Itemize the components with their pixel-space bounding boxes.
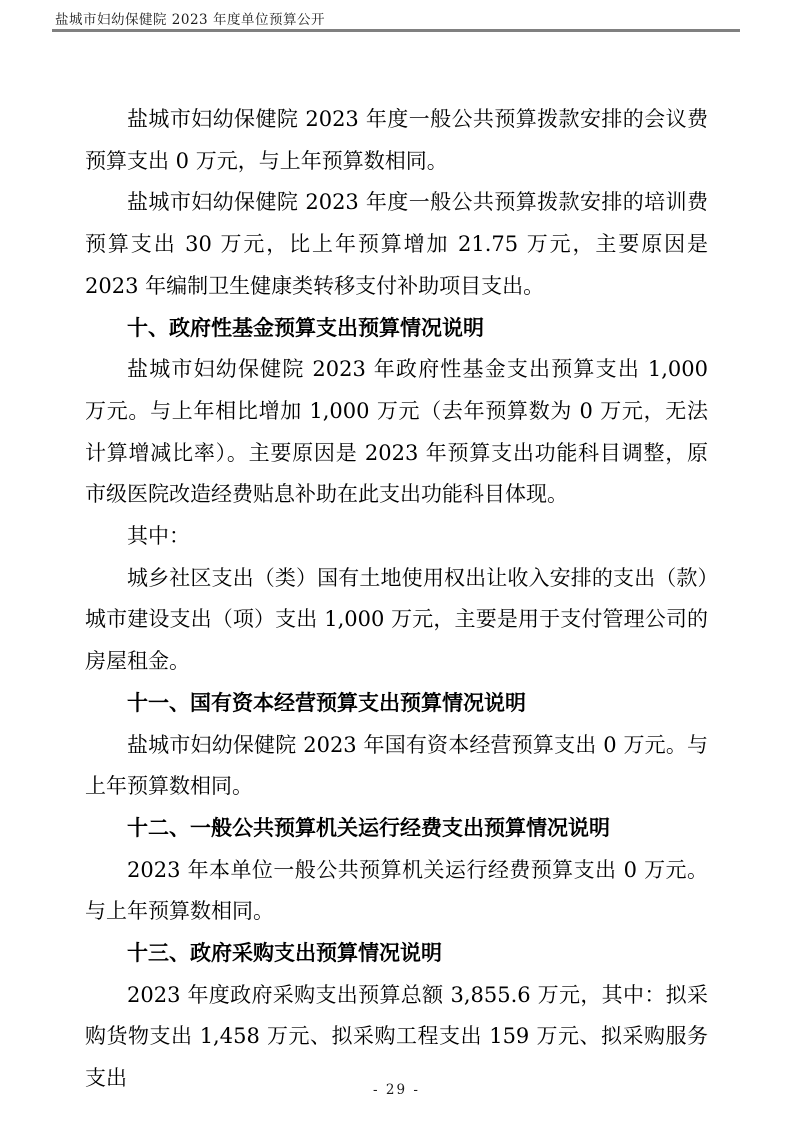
- section-heading-12: 十二、一般公共预算机关运行经费支出预算情况说明: [85, 808, 708, 850]
- page-number: - 29 -: [0, 1082, 793, 1098]
- paragraph-among-which: 其中：: [85, 516, 708, 558]
- header-rule-divider: [52, 29, 740, 32]
- paragraph-government-fund: 盐城市妇幼保健院 2023 年政府性基金支出预算支出 1,000 万元。与上年相…: [85, 349, 708, 516]
- section-heading-10: 十、政府性基金预算支出预算情况说明: [85, 308, 708, 350]
- paragraph-state-capital-budget: 盐城市妇幼保健院 2023 年国有资本经营预算支出 0 万元。与上年预算数相同。: [85, 725, 708, 808]
- document-body: 盐城市妇幼保健院 2023 年度一般公共预算拨款安排的会议费预算支出 0 万元，…: [85, 99, 708, 1100]
- section-heading-11: 十一、国有资本经营预算支出预算情况说明: [85, 683, 708, 725]
- paragraph-meeting-fee: 盐城市妇幼保健院 2023 年度一般公共预算拨款安排的会议费预算支出 0 万元，…: [85, 99, 708, 182]
- paragraph-training-fee: 盐城市妇幼保健院 2023 年度一般公共预算拨款安排的培训费预算支出 30 万元…: [85, 182, 708, 307]
- paragraph-urban-community-expense: 城乡社区支出（类）国有土地使用权出让收入安排的支出（款）城市建设支出（项）支出 …: [85, 558, 708, 683]
- header-title: 盐城市妇幼保健院 2023 年度单位预算公开: [55, 12, 325, 28]
- document-page: 盐城市妇幼保健院 2023 年度单位预算公开 盐城市妇幼保健院 2023 年度一…: [0, 0, 793, 1122]
- paragraph-agency-operating-expense: 2023 年本单位一般公共预算机关运行经费预算支出 0 万元。与上年预算数相同。: [85, 850, 708, 933]
- section-heading-13: 十三、政府采购支出预算情况说明: [85, 933, 708, 975]
